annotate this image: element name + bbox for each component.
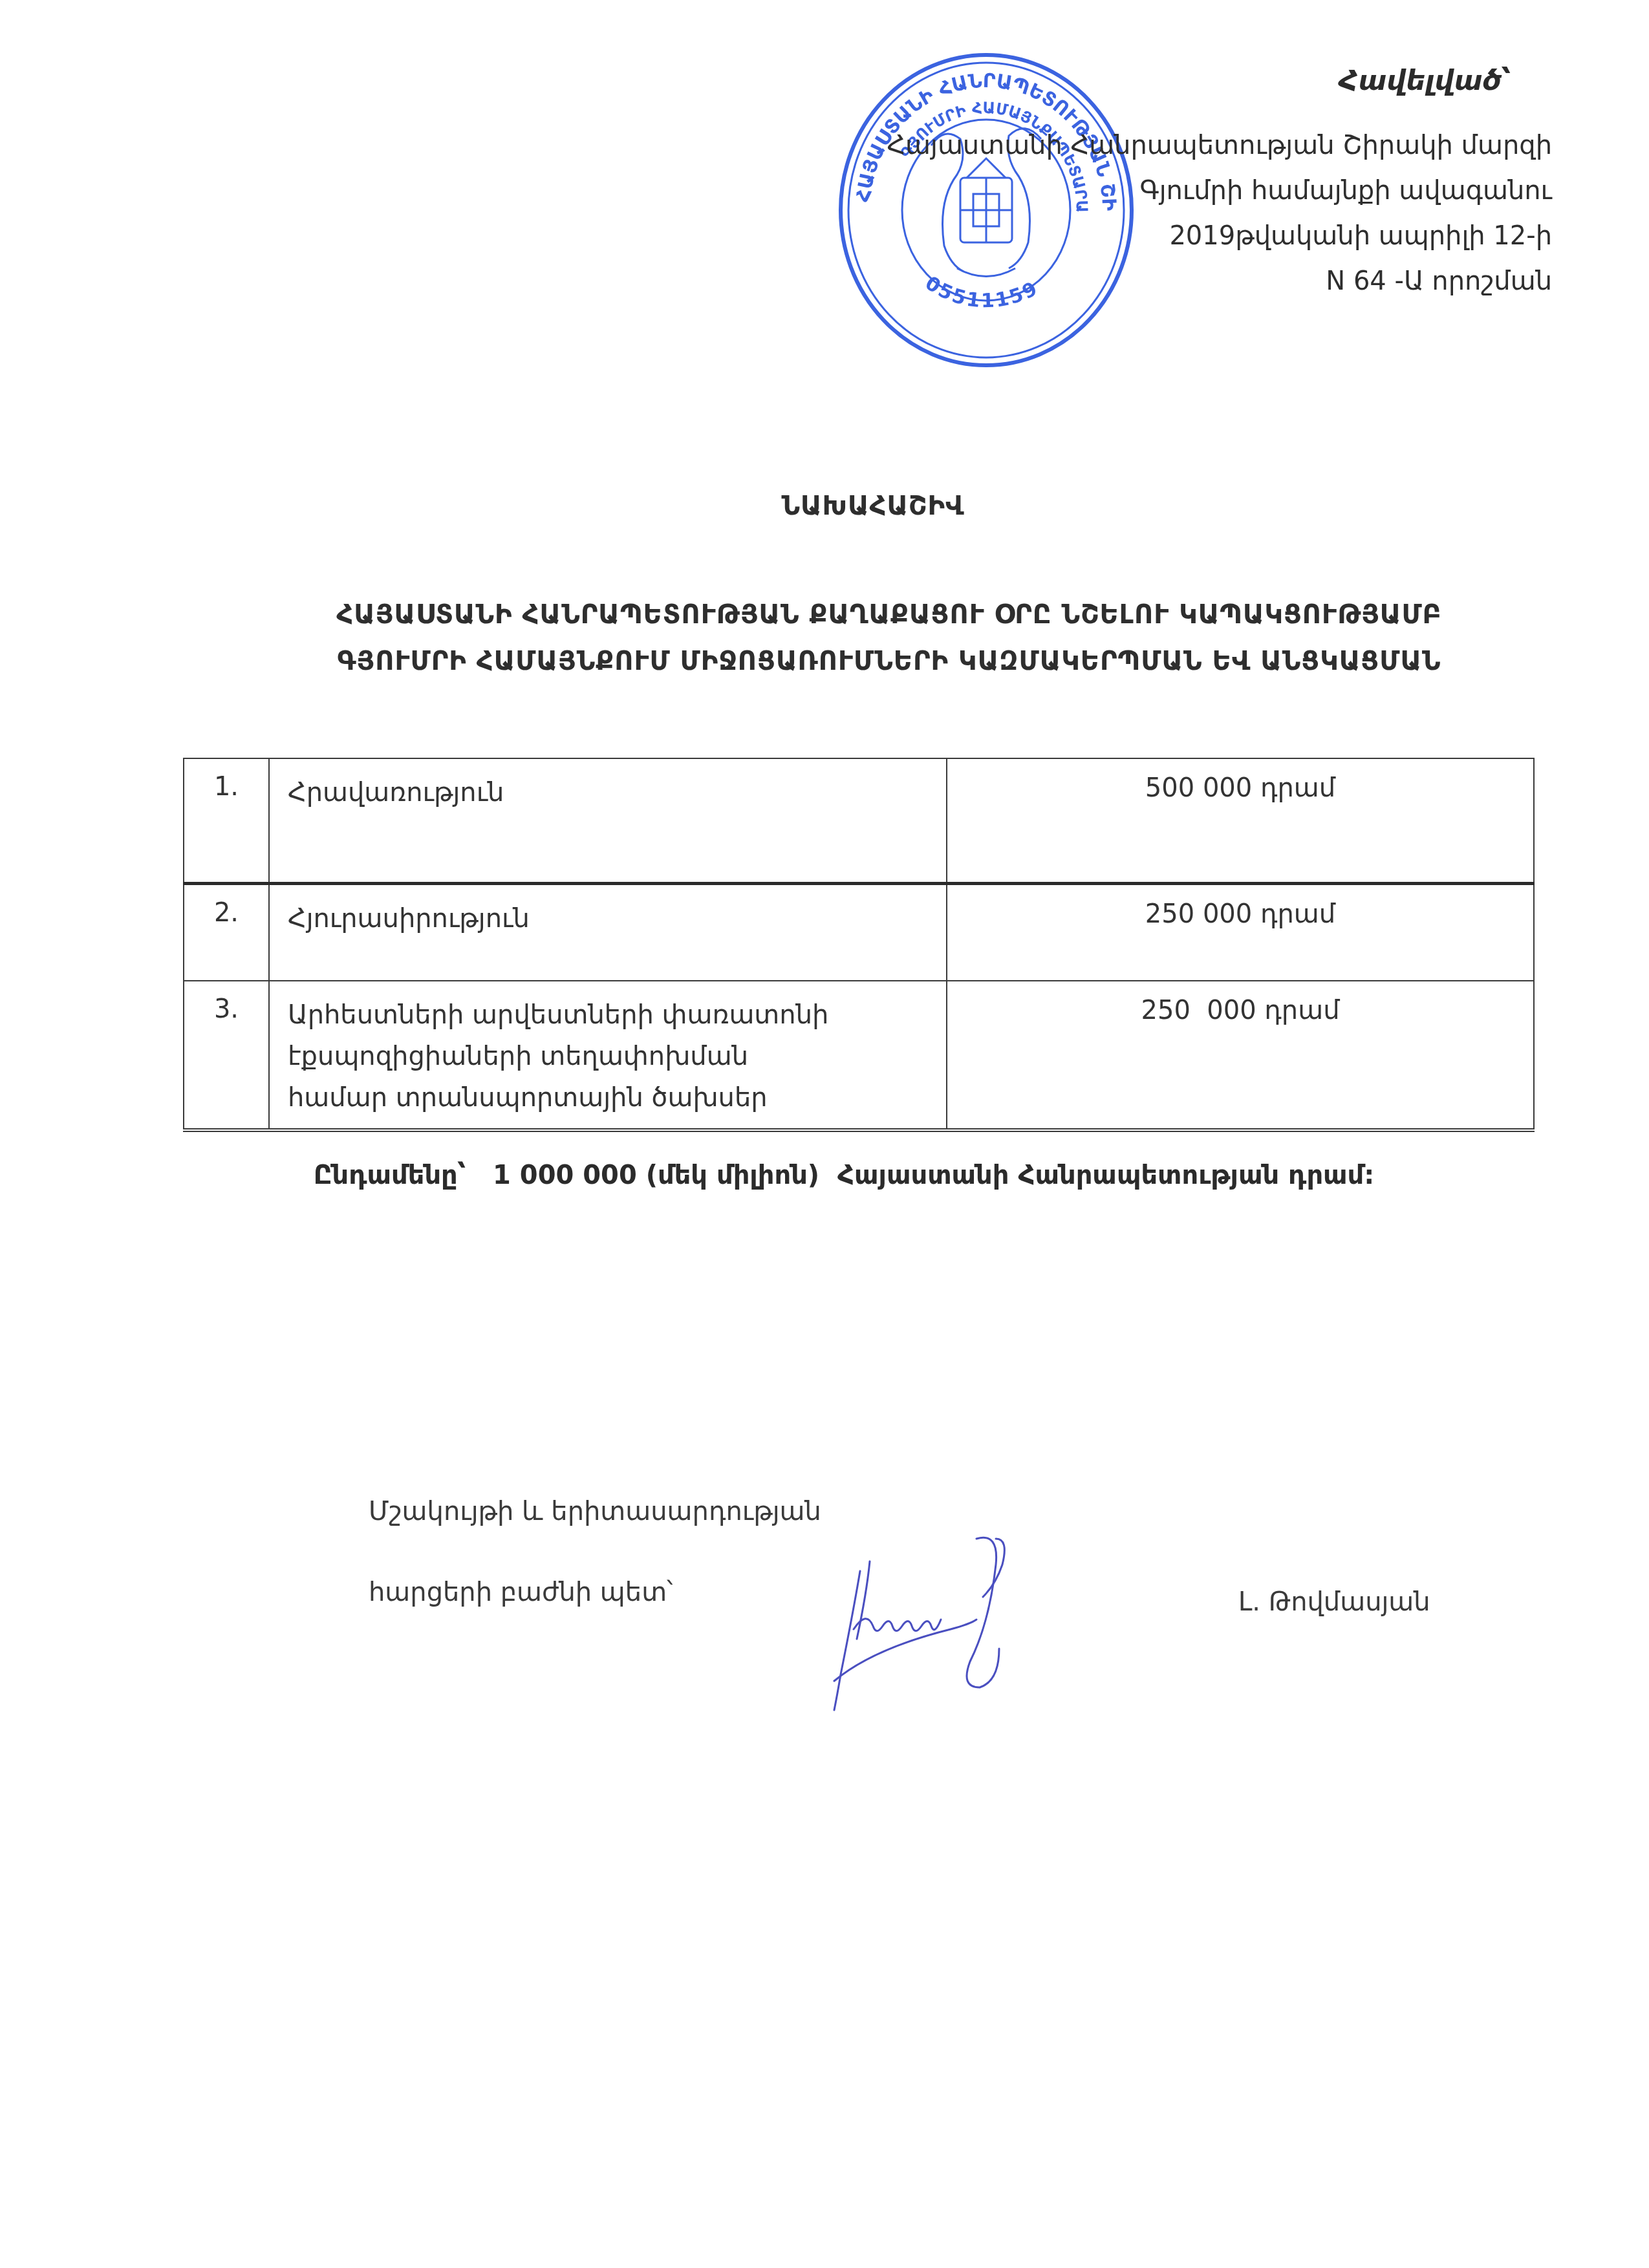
approval-title: Հավելված՝ bbox=[1339, 65, 1507, 96]
signer-role: հարցերի բաժնի պետ՝ bbox=[369, 1578, 673, 1607]
table-row: 2. Հյուրասիրություն 250 000 դրամ bbox=[184, 884, 1534, 981]
signer-name: Լ. Թովմասյան bbox=[1238, 1587, 1430, 1617]
description-line: համար տրանսպորտային ծախսեր bbox=[288, 1077, 934, 1118]
row-description: Հրավառություն bbox=[269, 758, 947, 884]
description-line: էքսպոզիցիաների տեղափոխման bbox=[288, 1036, 934, 1077]
signer-role: Մշակույթի և երիտասարդության bbox=[369, 1497, 821, 1526]
table-row: 1. Հրավառություն 500 000 դրամ bbox=[184, 758, 1534, 884]
row-description: Հյուրասիրություն bbox=[269, 884, 947, 981]
row-number: 3. bbox=[184, 981, 269, 1130]
approval-line: Հայաստանի Հանրապետության Շիրակի մարզի bbox=[887, 123, 1552, 168]
row-amount: 250 000 դրամ bbox=[947, 884, 1534, 981]
approval-line: N 64 -Ա որոշման bbox=[887, 259, 1552, 304]
amount-value: 250 000 դրամ bbox=[1145, 899, 1335, 929]
row-amount: 500 000 դրամ bbox=[947, 758, 1534, 884]
document-title: ՆԱԽԱՀԱՇԻՎ bbox=[0, 491, 1649, 521]
row-number: 1. bbox=[184, 758, 269, 884]
amount-value: 250 000 դրամ bbox=[1141, 996, 1339, 1025]
approval-line: Գյումրի համայնքի ավագանու bbox=[887, 168, 1552, 213]
approval-line: 2019թվականի ապրիլի 12-ի bbox=[887, 213, 1552, 259]
approval-reference: Հայաստանի Հանրապետության Շիրակի մարզի Գյ… bbox=[887, 123, 1552, 304]
budget-table: 1. Հրավառություն 500 000 դրամ 2. Հյուրաս… bbox=[183, 758, 1535, 1132]
description-line: Արհեստների արվեստների փառատոնի bbox=[288, 994, 934, 1036]
description-line: Հրավառություն bbox=[288, 772, 934, 813]
description-line: Հյուրասիրություն bbox=[288, 898, 934, 939]
amount-value: 500 000 դրամ bbox=[1145, 773, 1335, 803]
table-row: 3. Արհեստների արվեստների փառատոնի էքսպոզ… bbox=[184, 981, 1534, 1130]
row-description: Արհեստների արվեստների փառատոնի էքսպոզիցի… bbox=[269, 981, 947, 1130]
handwritten-signature-icon bbox=[808, 1532, 1099, 1713]
row-number: 2. bbox=[184, 884, 269, 981]
subtitle-line: ՀԱՅԱՍՏԱՆԻ ՀԱՆՐԱՊԵՏՈՒԹՅԱՆ ՔԱՂԱՔԱՑՈՒ ՕՐԸ Ն… bbox=[259, 592, 1520, 638]
document-page: ՀԱՅԱՍՏԱՆԻ ՀԱՆՐԱՊԵՏՈՒԹՅԱՆ ՇԻՐԱԿԻ ՄԱՐԶԻ ԳՅ… bbox=[0, 0, 1649, 2268]
row-amount: 250 000 դրամ bbox=[947, 981, 1534, 1130]
subtitle-line: ԳՅՈՒՄՐԻ ՀԱՄԱՅՆՔՈՒՄ ՄԻՋՈՑԱՌՈՒՄՆԵՐԻ ԿԱԶՄԱԿ… bbox=[259, 638, 1520, 685]
total-amount: Ընդամենը՝ 1 000 000 (մեկ միլիոն) Հայաստա… bbox=[0, 1161, 1649, 1190]
document-subtitle: ՀԱՅԱՍՏԱՆԻ ՀԱՆՐԱՊԵՏՈՒԹՅԱՆ ՔԱՂԱՔԱՑՈՒ ՕՐԸ Ն… bbox=[259, 592, 1520, 685]
